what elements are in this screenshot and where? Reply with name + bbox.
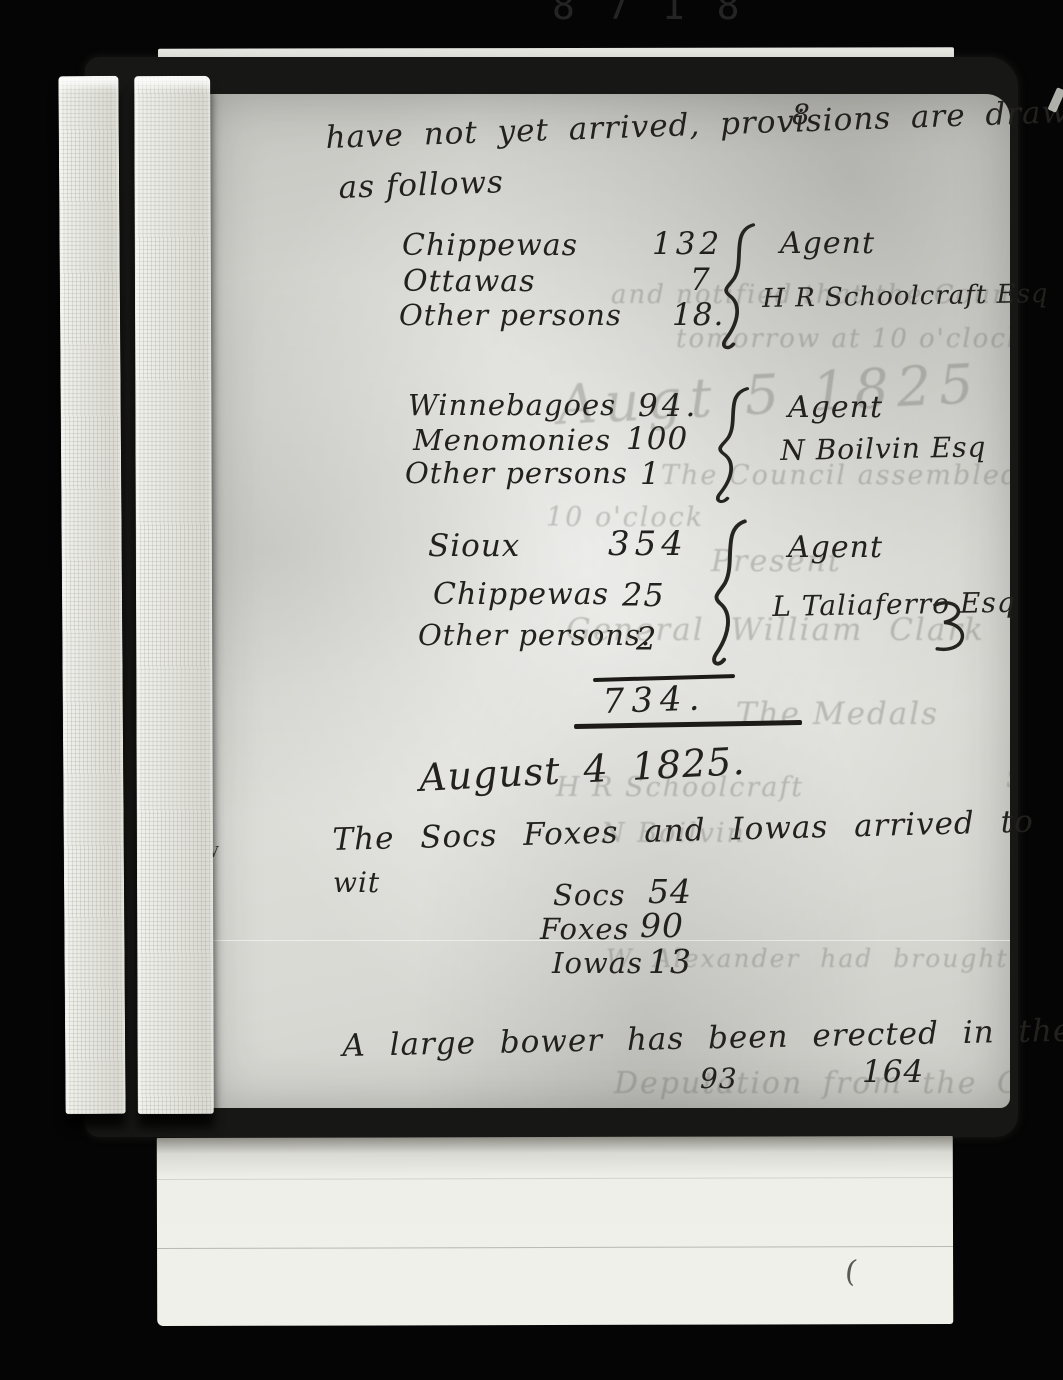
binding-cloth-strip xyxy=(58,76,125,1114)
strip-scratch-line xyxy=(157,1177,953,1180)
flourish-mark xyxy=(928,598,974,656)
tribe-name: Menomonies xyxy=(413,423,611,457)
agent-name: L Taliaferro Esq xyxy=(772,586,1016,623)
intro-line-2: as follows xyxy=(338,164,504,206)
tribe-count: 25 xyxy=(622,576,665,614)
ghost-line: Augt 5 1825 xyxy=(556,352,983,437)
agent-name: H R Schoolcraft Esq xyxy=(762,279,1049,314)
arrival-name: Foxes xyxy=(540,912,629,946)
microfilm-frame: 8718 and notified that the Council will … xyxy=(0,0,1063,1380)
total-value: 734. xyxy=(602,678,707,722)
tribe-count: 94. xyxy=(638,388,699,424)
agent-label: Agent xyxy=(788,530,883,565)
strip-scratch-line xyxy=(157,1246,953,1249)
film-frame-number: 8718 xyxy=(552,0,852,28)
brace-mark xyxy=(708,518,754,663)
brace-mark xyxy=(718,222,762,347)
footer-number: 164 xyxy=(862,1054,924,1090)
arrival-count: 90 xyxy=(640,906,684,945)
brace-mark xyxy=(712,386,756,501)
tribe-count: 132 xyxy=(652,226,723,262)
tribe-name: Other persons xyxy=(405,456,628,490)
tribe-count: 100 xyxy=(626,421,688,457)
tribe-name: Chippewas xyxy=(433,577,609,612)
tribe-name: Chippewas xyxy=(402,228,578,263)
arrival-count: 13 xyxy=(648,942,692,981)
paragraph-line-2: wit xyxy=(333,866,380,899)
tribe-count: 18. xyxy=(672,297,724,333)
agent-name: N Boilvin Esq xyxy=(780,430,987,467)
arrival-name: Iowas xyxy=(552,946,643,980)
ghost-line: S Tainqu xyxy=(1006,764,1010,794)
ghost-line: The Medals xyxy=(736,696,939,732)
film-footer-strip: ( xyxy=(157,1136,953,1326)
agent-label: Agent xyxy=(788,390,883,425)
stray-ink-mark: ( xyxy=(843,1254,859,1290)
tribe-name: Other persons. xyxy=(418,618,651,652)
arrival-name: Socs xyxy=(553,878,625,912)
tribe-count: 2 xyxy=(636,620,657,658)
ghost-line: Deputation from the Chippewas xyxy=(614,1066,1010,1101)
tribe-count: 354 xyxy=(608,524,688,564)
tribe-name: Ottawas xyxy=(403,264,536,299)
binding-cloth-strip xyxy=(134,76,214,1114)
tribe-name: Sioux xyxy=(428,528,520,564)
tribe-name: Other persons xyxy=(399,298,622,332)
agent-label: Agent xyxy=(780,226,875,261)
tribe-count: 7 xyxy=(690,262,711,298)
footer-number: 93 xyxy=(700,1062,738,1095)
tribe-count: 1 xyxy=(640,456,661,492)
tribe-name: Winnebagoes xyxy=(408,388,616,422)
